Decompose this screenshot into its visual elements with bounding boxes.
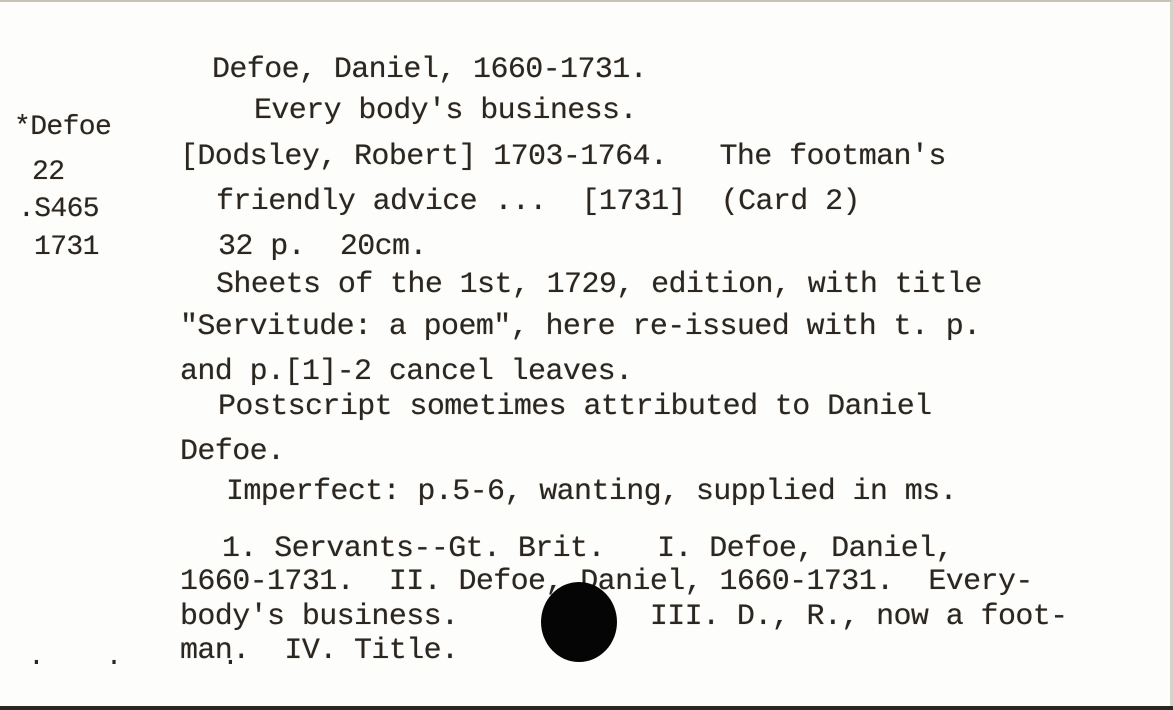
call-number-line-4: 1731: [34, 234, 99, 262]
body-line-5: "Servitude: a poem", here re-issued with…: [180, 312, 981, 342]
margin-dots: . . .: [28, 642, 261, 673]
call-number-line-2: 22: [32, 159, 64, 187]
tracing-line-3: body's business. III. D., R., now a foot…: [180, 602, 1068, 632]
call-number-line-1: *Defoe: [14, 114, 111, 142]
call-number-line-3: .S465: [18, 196, 99, 224]
body-line-3: 32 p. 20cm.: [218, 232, 427, 262]
body-line-1: [Dodsley, Robert] 1703-1764. The footman…: [180, 142, 946, 172]
tracing-line-1: 1. Servants--Gt. Brit. I. Defoe, Daniel,: [222, 534, 953, 564]
catalog-card: *Defoe 22 .S465 1731 Defoe, Daniel, 1660…: [0, 0, 1173, 706]
uniform-title: Every body's business.: [254, 96, 637, 126]
tracing-line-2: 1660-1731. II. Defoe, Daniel, 1660-1731.…: [180, 567, 1033, 597]
body-line-6: and p.[1]-2 cancel leaves.: [180, 357, 632, 387]
body-line-7: Postscript sometimes attributed to Danie…: [218, 392, 932, 422]
body-line-2: friendly advice ... [1731] (Card 2): [216, 187, 860, 217]
body-line-4: Sheets of the 1st, 1729, edition, with t…: [216, 270, 982, 300]
body-line-8: Defoe.: [180, 437, 284, 467]
body-line-9: Imperfect: p.5-6, wanting, supplied in m…: [226, 477, 957, 507]
punch-hole: [541, 582, 617, 662]
main-entry-heading: Defoe, Daniel, 1660-1731.: [212, 55, 647, 85]
